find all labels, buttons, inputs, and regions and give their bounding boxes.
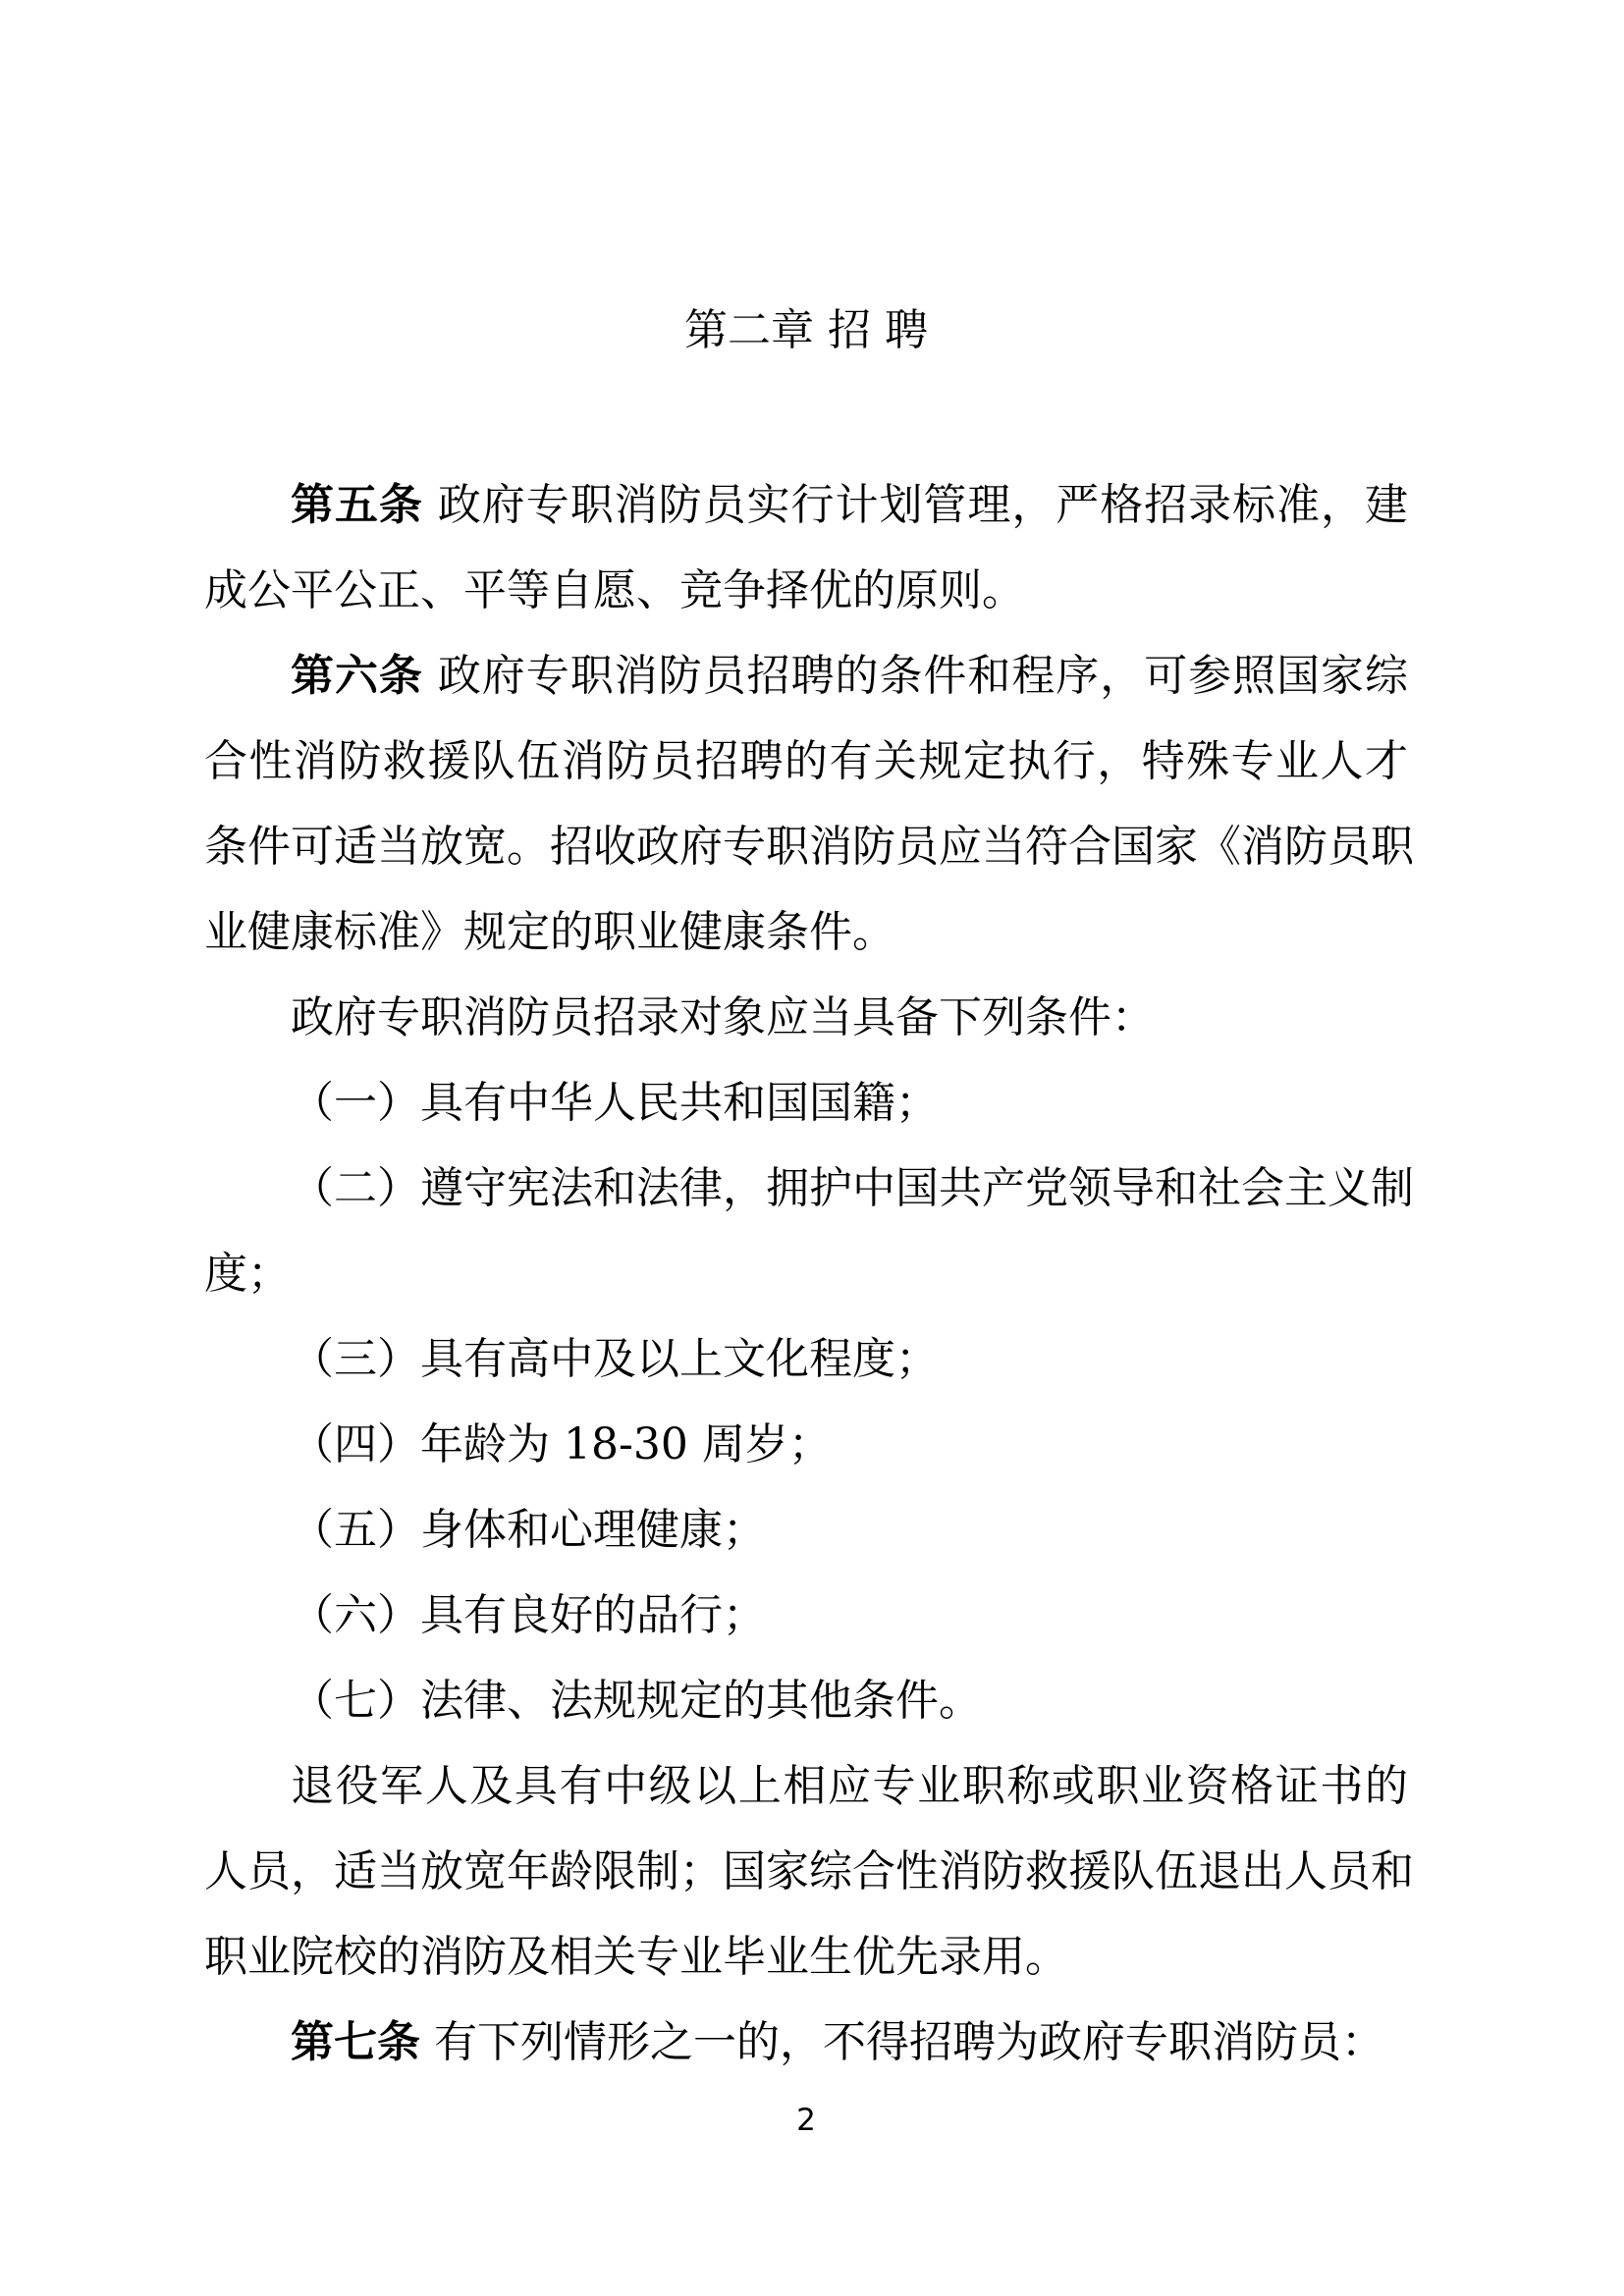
text-segment: （七）法律、法规规定的其他条件。	[291, 1676, 982, 1726]
text-segment: 成公平公正、平等自愿、竞争择优的原则。	[204, 565, 1025, 615]
text-line: 条件可适当放宽。招收政府专职消防员应当符合国家《消防员职	[204, 804, 1408, 889]
text-line: 度；	[204, 1231, 1408, 1316]
text-line: 第六条 政府专职消防员招聘的条件和程序，可参照国家综	[204, 633, 1408, 719]
text-segment: （六）具有良好的品行；	[291, 1590, 766, 1640]
article-number: 第六条	[291, 651, 423, 701]
text-segment: 条件可适当放宽。招收政府专职消防员应当符合国家《消防员职	[204, 822, 1414, 872]
text-segment: 职业院校的消防及相关专业毕业生优先录用。	[204, 1932, 1068, 1982]
document-body: 第五条 政府专职消防员实行计划管理，严格招录标准，建成公平公正、平等自愿、竞争择…	[204, 462, 1408, 2085]
text-segment: 政府专职消防员招录对象应当具备下列条件：	[291, 992, 1155, 1042]
text-segment: 业健康标准》规定的职业健康条件。	[204, 907, 895, 957]
document-page: 第二章 招 聘 第五条 政府专职消防员实行计划管理，严格招录标准，建成公平公正、…	[0, 0, 1624, 2296]
text-segment: 周岁；	[688, 1419, 832, 1469]
text-line: （三）具有高中及以上文化程度；	[204, 1316, 1408, 1402]
text-segment: 退役军人及具有中级以上相应专业职称或职业资格证书的	[291, 1761, 1408, 1811]
chapter-title: 第二章 招 聘	[204, 288, 1408, 373]
text-segment: 度；	[204, 1249, 291, 1299]
text-line: 职业院校的消防及相关专业毕业生优先录用。	[204, 1914, 1408, 2000]
text-line: 第七条 有下列情形之一的，不得招聘为政府专职消防员：	[204, 2000, 1408, 2085]
text-line: 成公平公正、平等自愿、竞争择优的原则。	[204, 548, 1408, 633]
text-line: （五）身体和心理健康；	[204, 1487, 1408, 1573]
text-segment: （四）年龄为	[291, 1419, 564, 1469]
text-line: 政府专职消防员招录对象应当具备下列条件：	[204, 975, 1408, 1060]
text-segment: 合性消防救援队伍消防员招聘的有关规定执行，特殊专业人才	[204, 736, 1408, 786]
text-segment: 政府专职消防员招聘的条件和程序，可参照国家综	[423, 651, 1408, 701]
text-segment: （三）具有高中及以上文化程度；	[291, 1334, 939, 1384]
text-segment: （五）身体和心理健康；	[291, 1505, 766, 1555]
text-segment: （一）具有中华人民共和国国籍；	[291, 1078, 939, 1128]
text-segment: 人员，适当放宽年龄限制；国家综合性消防救援队伍退出人员和	[204, 1846, 1414, 1896]
text-segment: （二）遵守宪法和法律，拥护中国共产党领导和社会主义制	[291, 1163, 1414, 1213]
text-line: （二）遵守宪法和法律，拥护中国共产党领导和社会主义制	[204, 1146, 1408, 1231]
text-line: 人员，适当放宽年龄限制；国家综合性消防救援队伍退出人员和	[204, 1829, 1408, 1914]
article-number: 第七条	[291, 2017, 420, 2067]
text-line: （七）法律、法规规定的其他条件。	[204, 1658, 1408, 1743]
text-line: 合性消防救援队伍消防员招聘的有关规定执行，特殊专业人才	[204, 719, 1408, 804]
text-line: 第五条 政府专职消防员实行计划管理，严格招录标准，建	[204, 462, 1408, 548]
text-line: （一）具有中华人民共和国国籍；	[204, 1060, 1408, 1146]
page-number: 2	[204, 2099, 1408, 2142]
text-segment: 政府专职消防员实行计划管理，严格招录标准，建	[423, 480, 1408, 530]
text-line: （六）具有良好的品行；	[204, 1573, 1408, 1658]
text-line: 业健康标准》规定的职业健康条件。	[204, 889, 1408, 975]
text-segment: 18-30	[564, 1419, 688, 1469]
text-line: 退役军人及具有中级以上相应专业职称或职业资格证书的	[204, 1743, 1408, 1829]
article-number: 第五条	[291, 480, 423, 530]
text-segment: 有下列情形之一的，不得招聘为政府专职消防员：	[420, 2017, 1384, 2067]
text-line: （四）年龄为 18-30 周岁；	[204, 1402, 1408, 1487]
